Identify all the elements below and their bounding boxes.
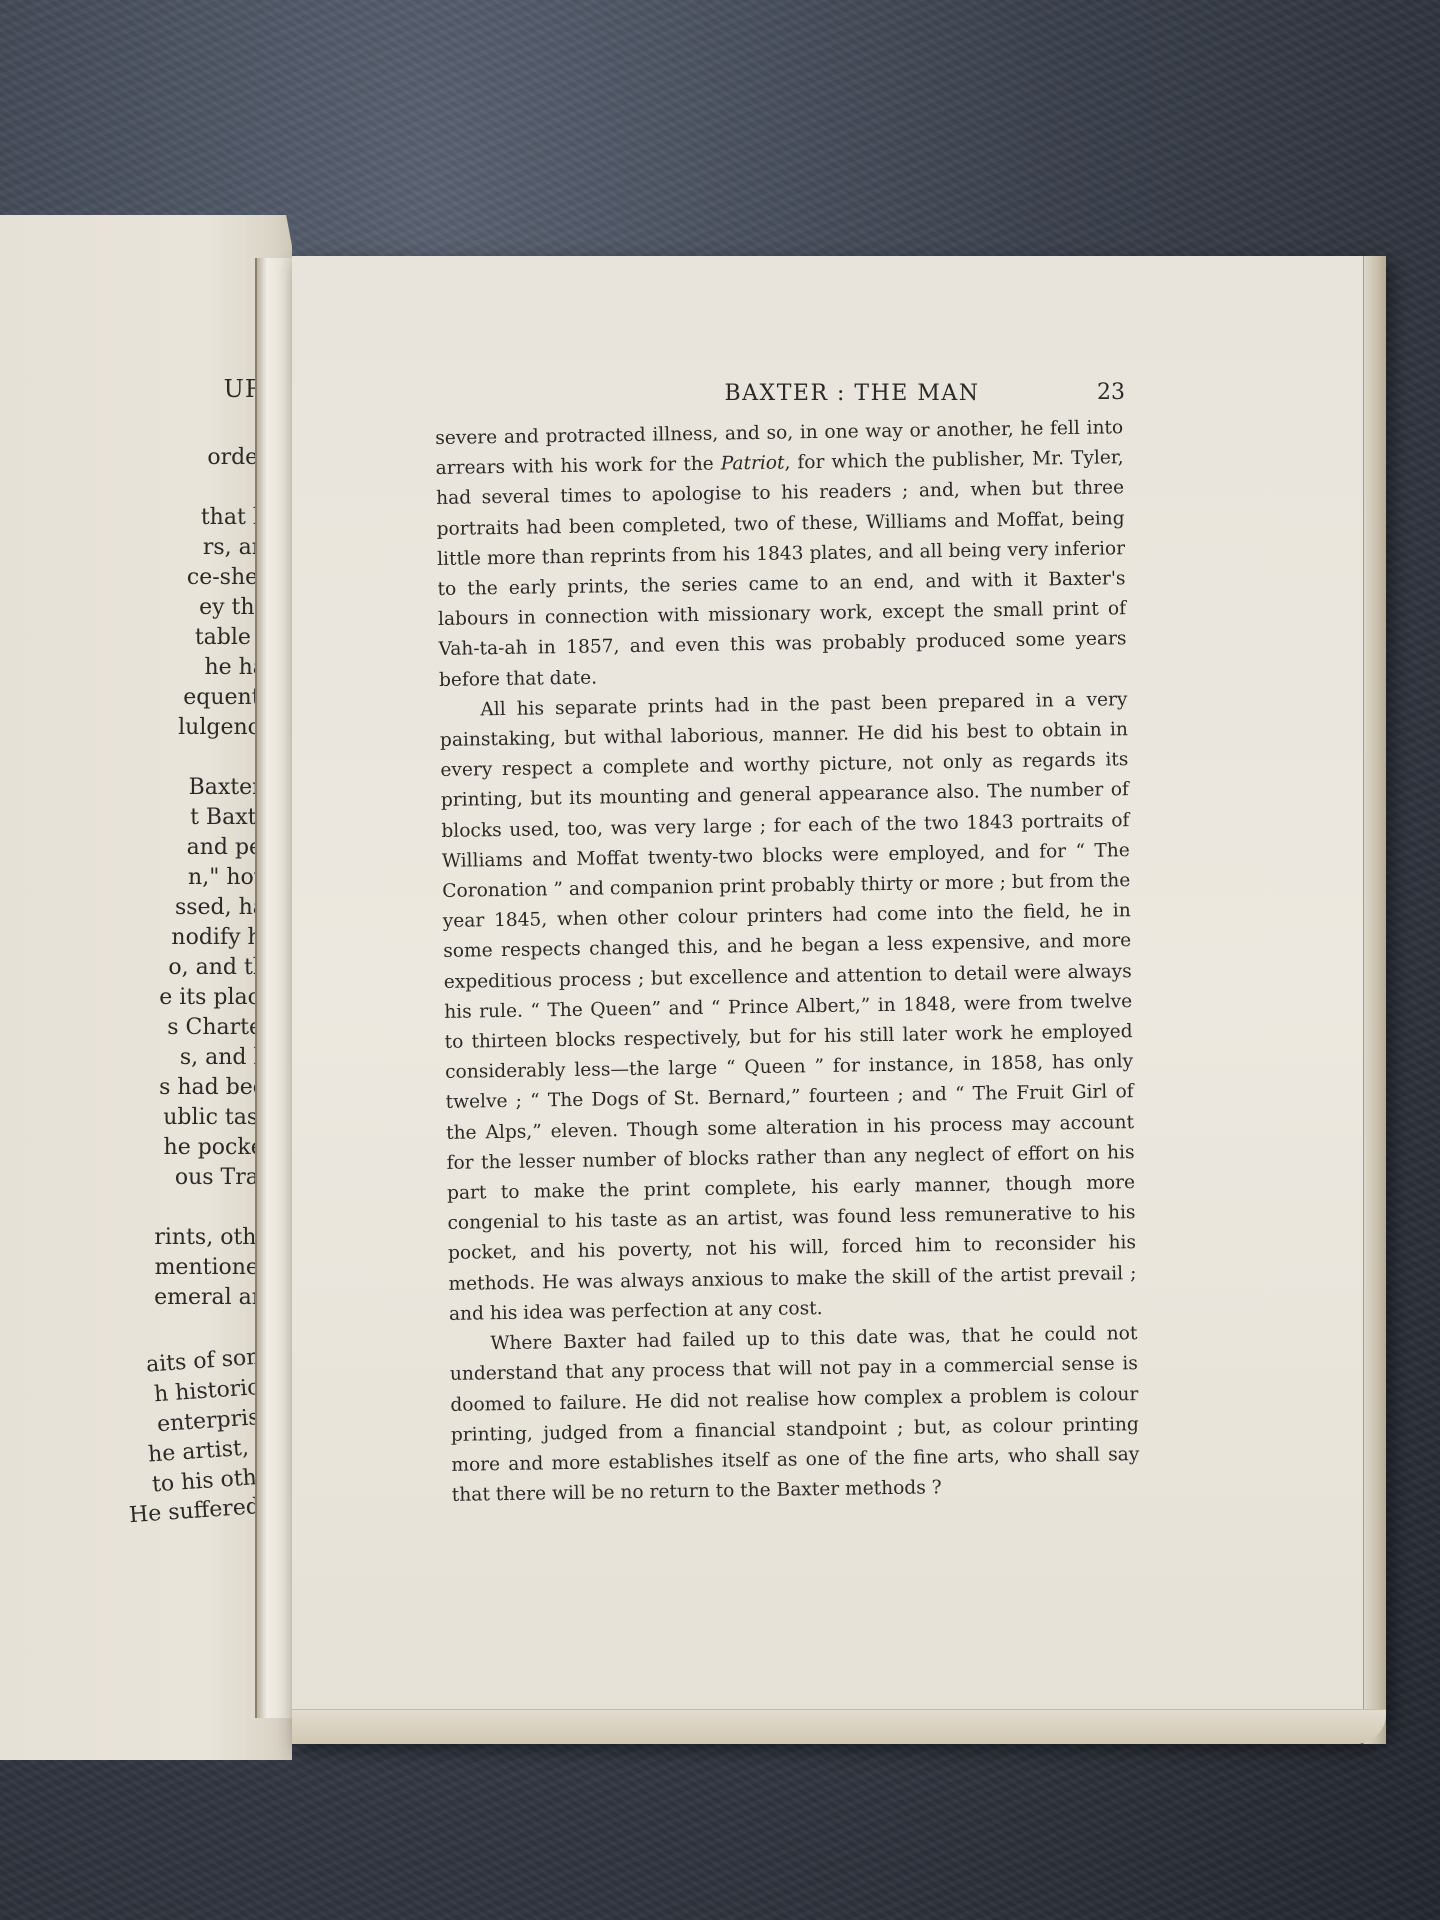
book-gutter [255, 258, 297, 1718]
paragraph-3: Where Baxter had failed up to this date … [449, 1319, 1140, 1511]
paragraph-1: severe and protracted illness, and so, i… [435, 413, 1127, 696]
italic-title-patriot: Patriot [721, 453, 785, 475]
paragraph-2: All his separate prints had in the past … [439, 685, 1137, 1330]
page-edge-bottom [292, 1709, 1386, 1744]
paragraph-1-text-b: , for which the publisher, Mr. Tyler, ha… [436, 447, 1127, 690]
page-edge-right [1363, 256, 1386, 1744]
body-text: severe and protracted illness, and so, i… [435, 413, 1140, 1511]
left-page: URY ordersthat hers, andce-sheetey theyt… [0, 215, 292, 1760]
page-number: 23 [1097, 380, 1125, 405]
running-head: BAXTER : THE MAN [652, 381, 1052, 406]
right-page: BAXTER : THE MAN 23 severe and protracte… [292, 256, 1386, 1744]
